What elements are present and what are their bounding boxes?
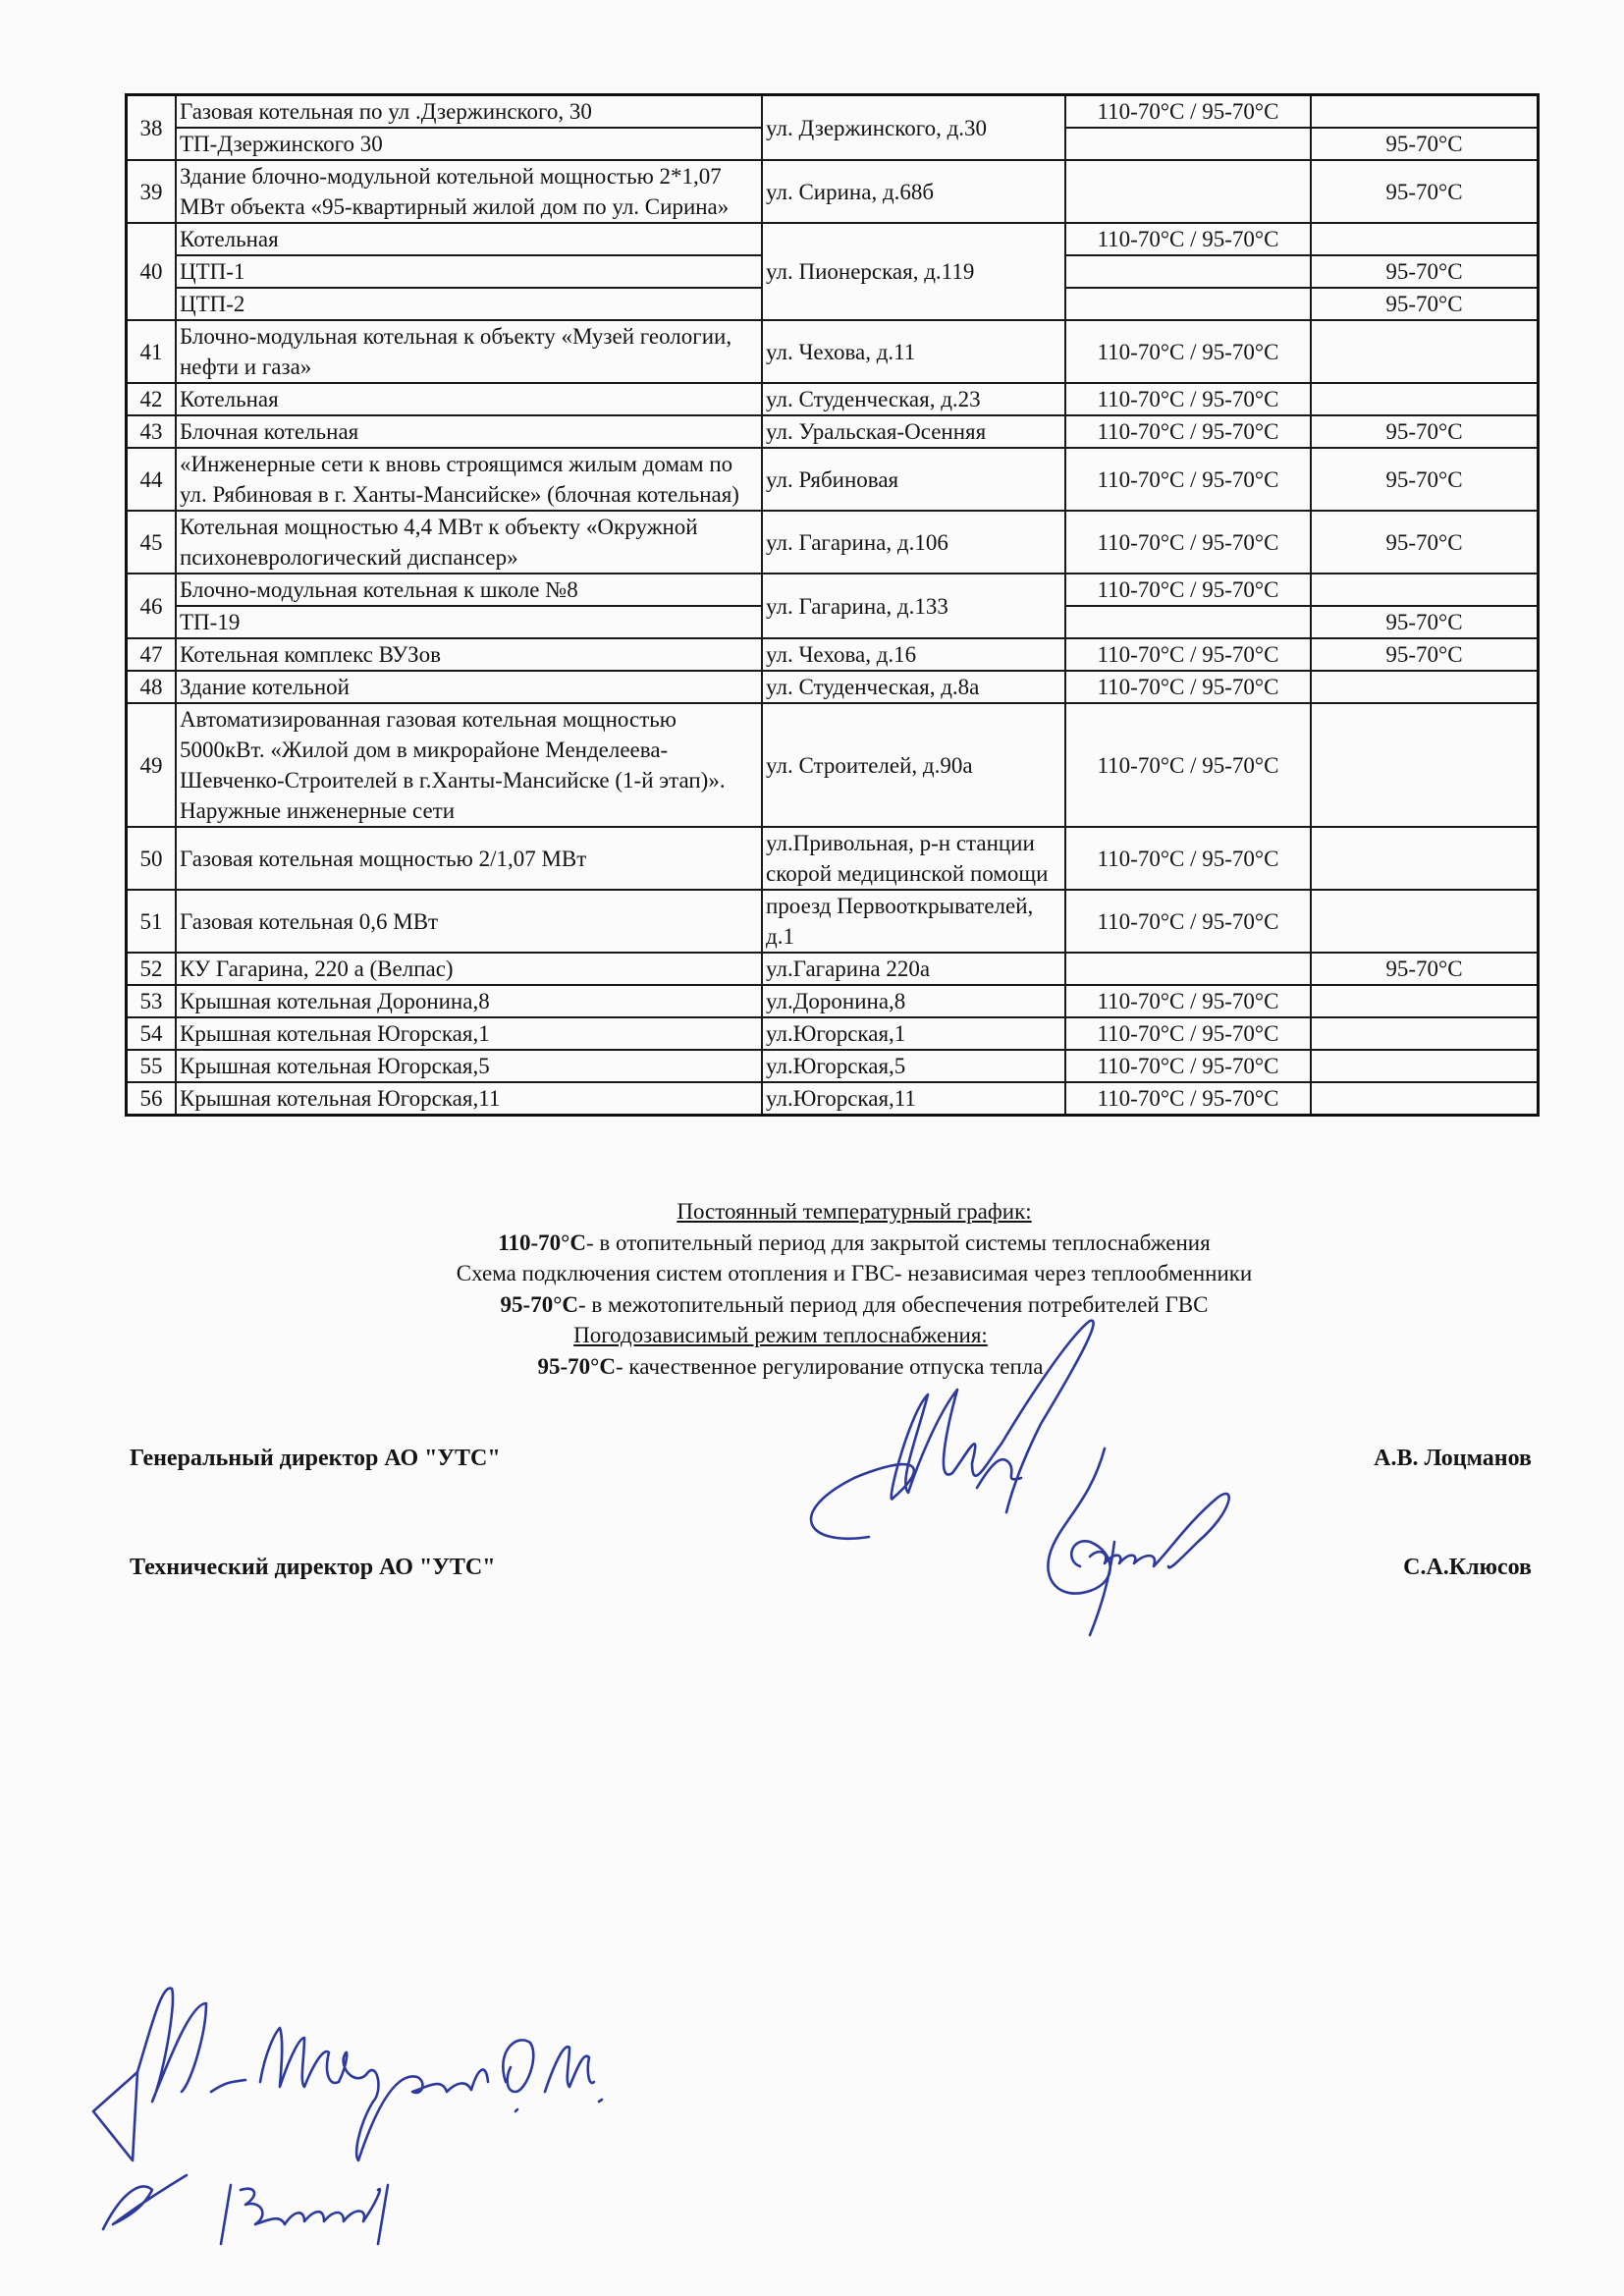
table-row: 40Котельнаяул. Пионерская, д.119110-70°С… [127,223,1539,255]
hot-water-temperature-schedule [1311,890,1539,953]
hot-water-temperature-schedule [1311,1050,1539,1082]
facility-name: Блочно-модульная котельная к школе №8 [176,574,762,606]
table-row: 46Блочно-модульная котельная к школе №8у… [127,574,1539,606]
handwritten-approval-icon [83,1964,889,2259]
row-number: 53 [127,985,177,1017]
heating-temperature-schedule: 110-70°С / 95-70°С [1065,448,1311,511]
facility-address: ул. Пионерская, д.119 [762,223,1065,320]
facility-address: ул.Привольная, р-н станции скорой медици… [762,827,1065,890]
heating-temperature-schedule: 110-70°С / 95-70°С [1065,1050,1311,1082]
facility-address: ул. Сирина, д.68б [762,160,1065,223]
facility-address: ул. Студенческая, д.8а [762,671,1065,703]
row-number: 56 [127,1082,177,1116]
facility-name: ТП-Дзержинского 30 [176,128,762,160]
hot-water-temperature-schedule: 95-70°С [1311,415,1539,448]
facility-address: ул.Гагарина 220а [762,953,1065,985]
heating-temperature-schedule: 110-70°С / 95-70°С [1065,638,1311,671]
table-row: 39Здание блочно-модульной котельной мощн… [127,160,1539,223]
facility-name: ТП-19 [176,606,762,638]
hot-water-temperature-schedule [1311,95,1539,129]
hot-water-temperature-schedule: 95-70°С [1311,448,1539,511]
facility-name: Автоматизированная газовая котельная мощ… [176,703,762,827]
hot-water-temperature-schedule [1311,671,1539,703]
heating-temperature-schedule: 110-70°С / 95-70°С [1065,703,1311,827]
hot-water-temperature-schedule: 95-70°С [1311,606,1539,638]
facility-name: Котельная [176,223,762,255]
table-row: 54Крышная котельная Югорская,1ул.Югорска… [127,1017,1539,1050]
facility-name: Газовая котельная мощностью 2/1,07 МВт [176,827,762,890]
row-number: 47 [127,638,177,671]
signature-technical-director-icon [1021,1444,1276,1640]
table-row: 41Блочно-модульная котельная к объекту «… [127,320,1539,383]
table-row: 55Крышная котельная Югорская,5ул.Югорска… [127,1050,1539,1082]
facility-name: Блочная котельная [176,415,762,448]
row-number: 48 [127,671,177,703]
facility-address: ул. Чехова, д.11 [762,320,1065,383]
heating-temperature-schedule [1065,288,1311,320]
table-row: 42Котельнаяул. Студенческая, д.23110-70°… [127,383,1539,415]
heating-temperature-schedule: 110-70°С / 95-70°С [1065,890,1311,953]
table-row: 52КУ Гагарина, 220 а (Велпас)ул.Гагарина… [127,953,1539,985]
hot-water-temperature-schedule [1311,985,1539,1017]
table-row: 44«Инженерные сети к вновь строящимся жи… [127,448,1539,511]
row-number: 45 [127,511,177,574]
table-row: 51Газовая котельная 0,6 МВтпроезд Первоо… [127,890,1539,953]
hot-water-temperature-schedule [1311,574,1539,606]
facility-name: Котельная комплекс ВУЗов [176,638,762,671]
facility-address: ул.Югорская,5 [762,1050,1065,1082]
hot-water-temperature-schedule [1311,703,1539,827]
general-director-name: А.В. Лоцманов [1374,1446,1532,1472]
row-number: 42 [127,383,177,415]
heat-supply-table: 38Газовая котельная по ул .Дзержинского,… [125,93,1540,1117]
table-row: 38Газовая котельная по ул .Дзержинского,… [127,95,1539,129]
row-number: 50 [127,827,177,890]
facility-address: ул. Гагарина, д.133 [762,574,1065,638]
row-number: 46 [127,574,177,638]
row-number: 43 [127,415,177,448]
technical-director-name: С.А.Клюсов [1403,1555,1532,1581]
row-number: 49 [127,703,177,827]
table-row: 43Блочная котельнаяул. Уральская-Осенняя… [127,415,1539,448]
facility-address: ул.Югорская,1 [762,1017,1065,1050]
facility-name: Крышная котельная Доронина,8 [176,985,762,1017]
heating-temperature-schedule [1065,606,1311,638]
heating-temperature-schedule: 110-70°С / 95-70°С [1065,671,1311,703]
constant-schedule-heading: Постоянный температурный график: [393,1196,1316,1228]
facility-address: проезд Первооткрывателей, д.1 [762,890,1065,953]
facility-name: КУ Гагарина, 220 а (Велпас) [176,953,762,985]
row-number: 39 [127,160,177,223]
heating-temperature-schedule: 110-70°С / 95-70°С [1065,223,1311,255]
table-row: 45Котельная мощностью 4,4 МВт к объекту … [127,511,1539,574]
heating-temperature-schedule: 110-70°С / 95-70°С [1065,383,1311,415]
heating-temperature-schedule: 110-70°С / 95-70°С [1065,574,1311,606]
table-row: 56Крышная котельная Югорская,11ул.Югорск… [127,1082,1539,1116]
facility-name: Газовая котельная по ул .Дзержинского, 3… [176,95,762,129]
facility-address: ул. Чехова, д.16 [762,638,1065,671]
facility-name: «Инженерные сети к вновь строящимся жилы… [176,448,762,511]
heating-temperature-schedule: 110-70°С / 95-70°С [1065,985,1311,1017]
hot-water-temperature-schedule: 95-70°С [1311,255,1539,288]
row-number: 55 [127,1050,177,1082]
heating-temperature-schedule: 110-70°С / 95-70°С [1065,1082,1311,1116]
table-row: 50Газовая котельная мощностью 2/1,07 МВт… [127,827,1539,890]
facility-name: Здание блочно-модульной котельной мощнос… [176,160,762,223]
facility-name: ЦТП-2 [176,288,762,320]
row-number: 44 [127,448,177,511]
note-connection-scheme: Схема подключения систем отопления и ГВС… [393,1258,1316,1289]
facility-name: Котельная [176,383,762,415]
facility-name: Котельная мощностью 4,4 МВт к объекту «О… [176,511,762,574]
row-number: 38 [127,95,177,161]
facility-address: ул. Уральская-Осенняя [762,415,1065,448]
note-heating-period: 110-70°С- в отопительный период для закр… [393,1228,1316,1259]
facility-address: ул. Студенческая, д.23 [762,383,1065,415]
facility-name: ЦТП-1 [176,255,762,288]
hot-water-temperature-schedule [1311,223,1539,255]
technical-director-title: Технический директор АО "УТС" [130,1555,496,1581]
facility-address: ул.Югорская,11 [762,1082,1065,1116]
heating-temperature-schedule: 110-70°С / 95-70°С [1065,415,1311,448]
hot-water-temperature-schedule: 95-70°С [1311,953,1539,985]
document-page: 38Газовая котельная по ул .Дзержинского,… [0,0,1624,2296]
facility-name: Крышная котельная Югорская,5 [176,1050,762,1082]
hot-water-temperature-schedule: 95-70°С [1311,638,1539,671]
hot-water-temperature-schedule: 95-70°С [1311,160,1539,223]
heating-temperature-schedule: 110-70°С / 95-70°С [1065,95,1311,129]
facility-name: Блочно-модульная котельная к объекту «Му… [176,320,762,383]
facility-address: ул. Строителей, д.90а [762,703,1065,827]
heating-temperature-schedule [1065,255,1311,288]
heating-temperature-schedule: 110-70°С / 95-70°С [1065,320,1311,383]
hot-water-temperature-schedule: 95-70°С [1311,128,1539,160]
hot-water-temperature-schedule [1311,383,1539,415]
facility-name: Здание котельной [176,671,762,703]
heating-temperature-schedule: 110-70°С / 95-70°С [1065,511,1311,574]
facility-name: Крышная котельная Югорская,11 [176,1082,762,1116]
table-row: 47Котельная комплекс ВУЗовул. Чехова, д.… [127,638,1539,671]
hot-water-temperature-schedule: 95-70°С [1311,288,1539,320]
row-number: 54 [127,1017,177,1050]
hot-water-temperature-schedule [1311,1017,1539,1050]
hot-water-temperature-schedule: 95-70°С [1311,511,1539,574]
row-number: 52 [127,953,177,985]
facility-address: ул. Дзержинского, д.30 [762,95,1065,161]
row-number: 51 [127,890,177,953]
row-number: 40 [127,223,177,320]
heating-temperature-schedule: 110-70°С / 95-70°С [1065,827,1311,890]
facility-address: ул. Рябиновая [762,448,1065,511]
hot-water-temperature-schedule [1311,320,1539,383]
row-number: 41 [127,320,177,383]
facility-name: Крышная котельная Югорская,1 [176,1017,762,1050]
table-row: 48Здание котельнойул. Студенческая, д.8а… [127,671,1539,703]
facility-address: ул.Доронина,8 [762,985,1065,1017]
table-row: 49Автоматизированная газовая котельная м… [127,703,1539,827]
heating-temperature-schedule: 110-70°С / 95-70°С [1065,1017,1311,1050]
table-row: 53Крышная котельная Доронина,8ул.Доронин… [127,985,1539,1017]
hot-water-temperature-schedule [1311,1082,1539,1116]
heating-temperature-schedule [1065,160,1311,223]
heating-temperature-schedule [1065,953,1311,985]
general-director-title: Генеральный директор АО "УТС" [130,1446,501,1472]
facility-name: Газовая котельная 0,6 МВт [176,890,762,953]
hot-water-temperature-schedule [1311,827,1539,890]
heating-temperature-schedule [1065,128,1311,160]
facility-address: ул. Гагарина, д.106 [762,511,1065,574]
